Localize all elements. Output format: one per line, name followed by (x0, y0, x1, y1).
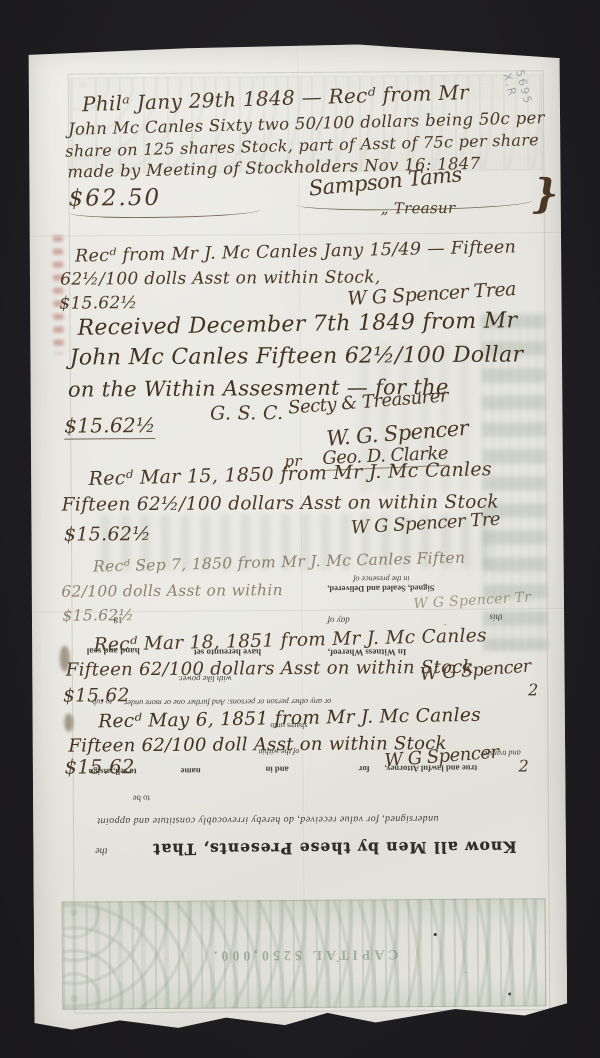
printed-the: the (95, 845, 107, 855)
printed-to-be: to be (133, 794, 150, 803)
capital-band-text: CAPITAL $250,000. (209, 945, 398, 962)
printed-sell-assign: to sell, assign (89, 767, 137, 776)
printed-hand-and-seal: hand and seal (87, 646, 140, 655)
receipt3-initials: G. S. C. (210, 404, 283, 424)
ink-brace: } (532, 174, 558, 214)
receipt7-flourish: 2 (519, 758, 530, 774)
printed-in-presence: in the presence of (353, 574, 409, 582)
receipt3-line2: John Mc Canles Fifteen 62½/100 Dollar (70, 344, 524, 369)
printed-and-in: and in (266, 765, 289, 774)
printed-other-person: or any other person or persons: And furt… (124, 697, 331, 707)
printed-in-witness: In Witness Whereof, (328, 647, 407, 657)
printed-to-sub: to sub (92, 697, 112, 705)
printed-attorney: true and lawful Attorney, (385, 764, 478, 773)
receipt6-line2: Fifteen 62/100 dollars Asst on within St… (66, 659, 474, 680)
document-sheet: 5695 X.R Philᵃ Jany 29th 1848 — Recᵈ fro… (28, 42, 568, 1041)
printed-name: name (181, 767, 201, 776)
receipt4-amount: $15.62½ (64, 525, 151, 545)
printed-for: for (359, 765, 370, 774)
receipt6-flourish: 2 (528, 682, 539, 698)
photograph-background: 5695 X.R Philᵃ Jany 29th 1848 — Recᵈ fro… (0, 0, 600, 1058)
printed-like-power: with like power. (178, 674, 232, 683)
printed-this: this (490, 613, 503, 622)
printed-know-all-men-heading: Know all Men by these Presents, That (152, 837, 517, 859)
printed-shares-unto: shares unto (270, 721, 307, 729)
engraved-border-band: CAPITAL $250,000. (62, 898, 547, 1009)
printed-18: 18 (114, 615, 123, 624)
printed-signed-sealed: Signed, Sealed and Delivered, (327, 584, 434, 593)
printed-undersigned-line: undersigned, for value received, do here… (97, 813, 439, 825)
receipt3-amount: $15.62½ (64, 415, 156, 440)
receipt5-line2: 62/100 dolls Asst on within (61, 583, 283, 600)
receipt5-amount: $15.62½ (62, 608, 133, 624)
receipt2-amount: $15.62½ (59, 295, 137, 313)
ink-smudge-left-2 (64, 714, 73, 732)
printed-day-of: day of (328, 616, 350, 625)
receipt2-line2: 62½/100 dolls Asst on within Stock, (60, 269, 380, 288)
receipt1-signature-title: „ Treasur (381, 201, 456, 217)
printed-hereunto-set: have hereunto set (194, 647, 261, 656)
printed-of-the-within: of the within (258, 747, 299, 755)
